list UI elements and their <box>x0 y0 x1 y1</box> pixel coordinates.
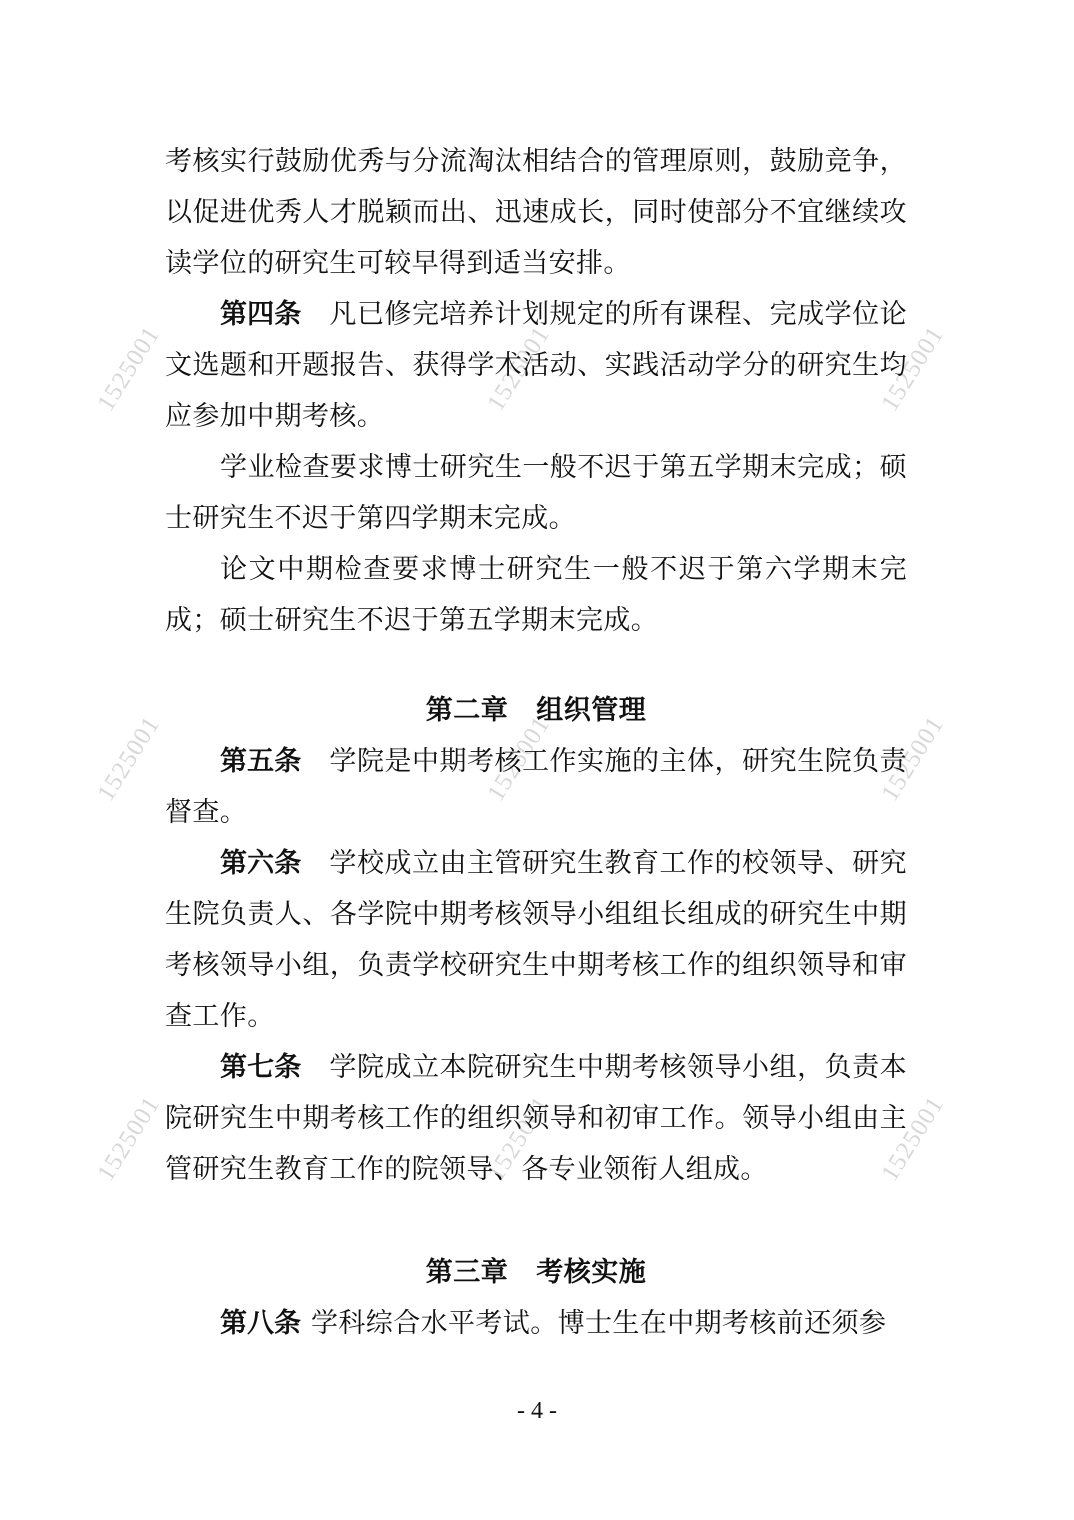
chapter-2-heading: 第二章组织管理 <box>165 685 907 736</box>
article-6-label: 第六条 <box>220 848 301 879</box>
article-7: 第七条学院成立本院研究生中期考核领导小组，负责本院研究生中期考核工作的组织领导和… <box>165 1042 907 1195</box>
paragraph-thesis-check: 论文中期检查要求博士研究生一般不迟于第六学期末完成；硕士研究生不迟于第五学期末完… <box>165 544 907 646</box>
article-6: 第六条学校成立由主管研究生教育工作的校领导、研究生院负责人、各学院中期考核领导小… <box>165 838 907 1042</box>
document-page: 1525001 1525001 1525001 1525001 1525001 … <box>0 0 1074 1520</box>
article-8-text: 学科综合水平考试。博士生在中期考核前还须参 <box>311 1308 886 1339</box>
chapter-3-title: 考核实施 <box>536 1257 646 1288</box>
article-5: 第五条学院是中期考核工作实施的主体，研究生院负责督查。 <box>165 736 907 838</box>
article-4-label: 第四条 <box>220 299 301 330</box>
article-5-label: 第五条 <box>220 746 301 777</box>
chapter-2-title: 组织管理 <box>536 695 646 726</box>
article-4: 第四条凡已修完培养计划规定的所有课程、完成学位论文选题和开题报告、获得学术活动、… <box>165 289 907 442</box>
document-body: 考核实行鼓励优秀与分流淘汰相结合的管理原则，鼓励竞争，以促进优秀人才脱颖而出、迅… <box>165 136 907 1349</box>
watermark: 1525001 <box>92 712 166 807</box>
article-8: 第八条学科综合水平考试。博士生在中期考核前还须参 <box>165 1298 907 1349</box>
watermark: 1525001 <box>92 322 166 417</box>
article-8-label: 第八条 <box>220 1308 301 1339</box>
chapter-2-number: 第二章 <box>426 695 509 726</box>
watermark: 1525001 <box>92 1092 166 1187</box>
article-7-label: 第七条 <box>220 1052 301 1083</box>
paragraph-study-check: 学业检查要求博士研究生一般不迟于第五学期末完成；硕士研究生不迟于第四学期末完成。 <box>165 442 907 544</box>
page-number: - 4 - <box>0 1398 1074 1425</box>
chapter-3-heading: 第三章考核实施 <box>165 1247 907 1298</box>
paragraph-intro-continuation: 考核实行鼓励优秀与分流淘汰相结合的管理原则，鼓励竞争，以促进优秀人才脱颖而出、迅… <box>165 136 907 289</box>
chapter-3-number: 第三章 <box>426 1257 509 1288</box>
